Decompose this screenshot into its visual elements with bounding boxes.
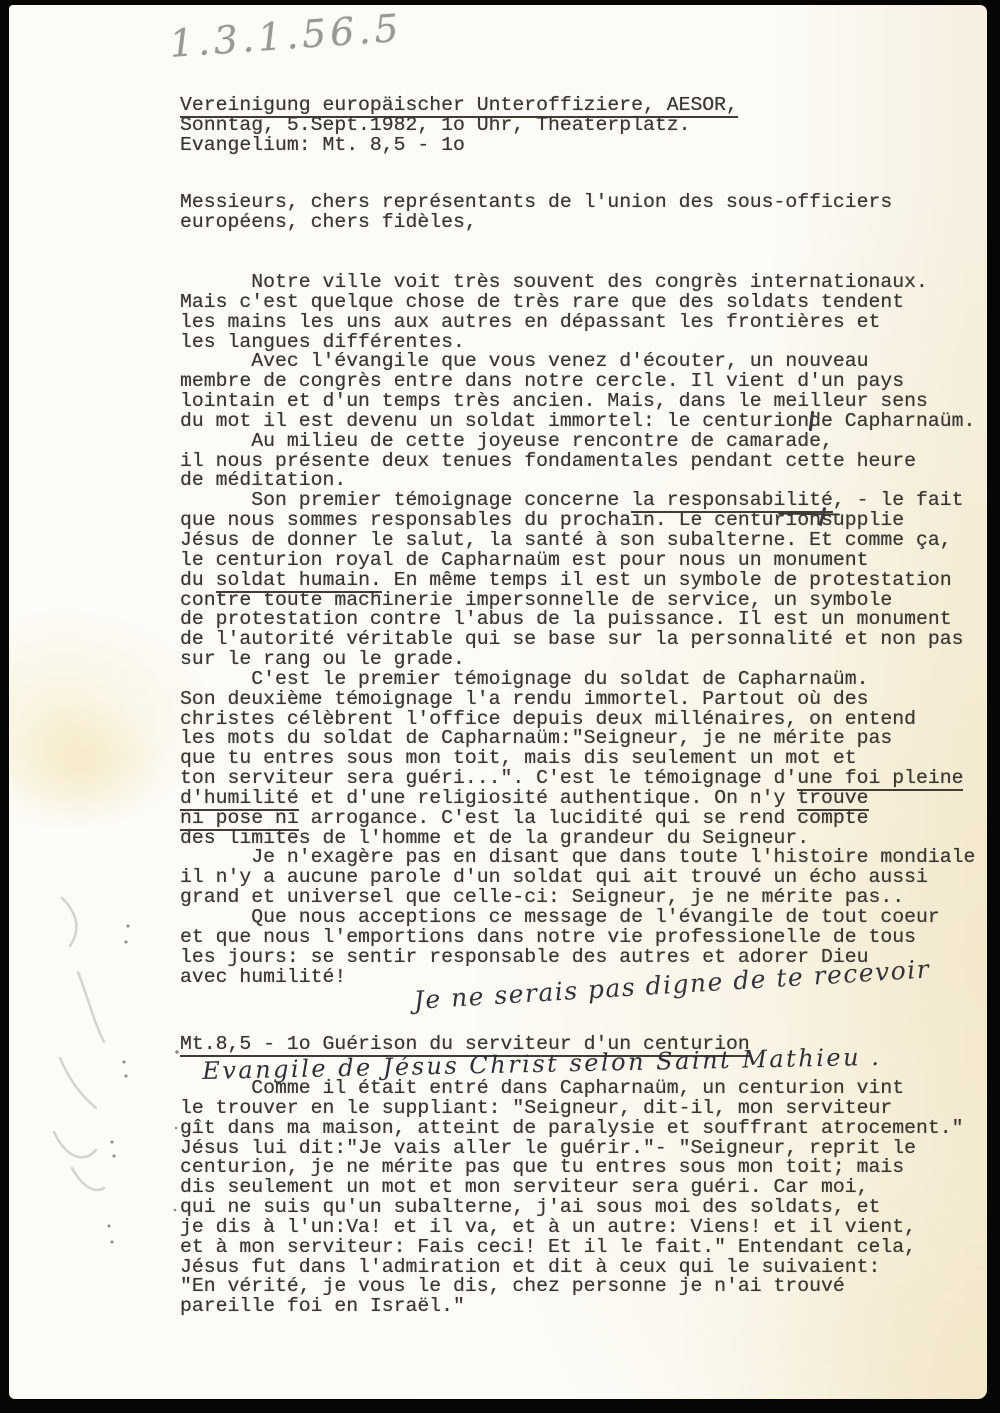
typed-text: Evangelium: Mt. 8,5 - 1o [180,134,465,156]
typed-text: les mains les uns aux autres en dépassan… [180,311,880,333]
typed-text: les langues différentes. [180,331,465,353]
typed-text: et d'une religiosité authentique. On n'y [299,787,798,809]
typed-text: de protestation contre l'abus de la puis… [180,608,952,630]
typed-text: de l'autorité véritable qui se base sur … [180,628,963,650]
document-header: Vereinigung europäischer Unteroffiziere,… [180,96,738,156]
typed-text: du mot il est devenu un soldat immortel:… [180,410,975,432]
sermon-body: Notre ville voit très souvent des congrè… [180,273,975,987]
typed-text: Son deuxième témoignage l'a rendu immort… [180,688,869,710]
typed-text: les mots du soldat de Capharnaüm:"Seigne… [180,727,892,749]
typed-line: européens, chers fidèles, [180,213,892,233]
typed-text: pareille foi en Israël." [180,1295,465,1317]
typed-text: lointain et d'un temps très ancien. Mais… [180,390,928,412]
typed-text: Jésus de donner le salut, la santé à son… [180,529,952,551]
typed-text: C'est le premier témoignage du soldat de… [180,668,869,690]
typed-text: dis seulement un mot et mon serviteur se… [180,1176,869,1198]
typed-text: "En vérité, je vous le dis, chez personn… [180,1275,845,1297]
scripture-quote: Comme il était entré dans Capharnaüm, un… [180,1079,963,1317]
typed-line: Evangelium: Mt. 8,5 - 1o [180,136,738,156]
typed-text: Comme il était entré dans Capharnaüm, un… [180,1077,904,1099]
typed-text: qui ne suis qu'un subalterne, j'ai sous … [180,1196,880,1218]
scanned-document: 1.3.1.56.5 Vereinigung europäischer Unte… [0,0,1000,1413]
typed-line: pareille foi en Israël." [180,1297,963,1317]
typed-text: Son premier témoignage concerne [180,489,631,511]
typed-text: centurion, je ne mérite pas que tu entre… [180,1156,904,1178]
typed-text: Mais c'est quelque chose de très rare qu… [180,291,904,313]
typed-text: christes célèbrent l'office depuis deux … [180,708,916,730]
typed-text: le centurion royal de Capharnaüm est pou… [180,549,869,571]
typed-text: européens, chers fidèles, [180,211,477,233]
typed-text: Que nous acceptions ce message de l'évan… [180,906,940,928]
typed-text: de méditation. [180,469,346,491]
typed-text: je dis à l'un:Va! et il va, et à un autr… [180,1216,916,1238]
typed-text: En même temps il est un symbole de prote… [382,569,952,591]
typed-text: ton serviteur sera guéri...". C'est le t… [180,767,797,789]
typed-text: grand et universel que celle-ci: Seigneu… [180,886,904,908]
typed-text: avec humilité! [180,966,346,988]
typed-text: du [180,569,216,591]
typed-text: gît dans ma maison, atteint de paralysie… [180,1117,963,1139]
typed-text: contre toute machinerie impersonnelle de… [180,589,892,611]
typed-text: et que nous l'emportions dans notre vie … [180,926,916,948]
typed-text: il nous présente deux tenues fondamental… [180,450,916,472]
typed-text: , - le fait [833,489,964,511]
typed-text: le trouver en le suppliant: "Seigneur, d… [180,1097,892,1119]
typed-text: Messieurs, chers représentants de l'unio… [180,191,892,213]
typed-text: Sonntag, 5.Sept.1982, 1o Uhr, Theaterpla… [180,114,690,136]
typed-text: sur le rang ou le grade. [180,648,465,670]
typed-text: Au milieu de cette joyeuse rencontre de … [180,430,833,452]
typed-text: il n'y a aucune parole d'un soldat qui a… [180,866,928,888]
typed-text: arrogance. C'est la lucidité qui se rend… [299,807,869,829]
typed-text: des limites de l'homme et de la grandeur… [180,827,809,849]
salutation: Messieurs, chers représentants de l'unio… [180,193,892,233]
typed-text: membre de congrès entre dans notre cercl… [180,370,904,392]
typed-text: Jésus fut dans l'admiration et dit à ceu… [180,1256,880,1278]
typed-text: que tu entres sous mon toit, mais dis se… [180,747,857,769]
typed-text: Jésus lui dit:"Je vais aller le guérir."… [180,1137,916,1159]
typed-text: Je n'exagère pas en disant que dans tout… [180,846,975,868]
typed-text: et à mon serviteur: Fais ceci! Et il le … [180,1236,916,1258]
typed-text: Notre ville voit très souvent des congrè… [180,271,928,293]
typed-text: Avec l'évangile que vous venez d'écouter… [180,350,869,372]
